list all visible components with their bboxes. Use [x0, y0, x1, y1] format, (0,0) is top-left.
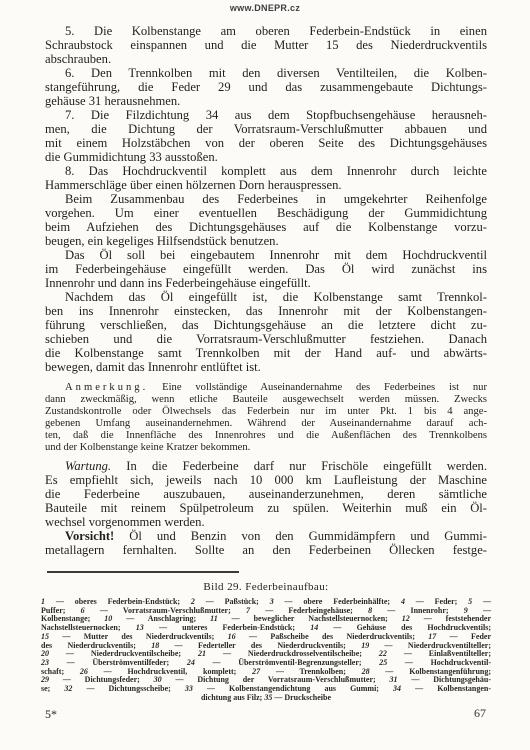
text-line: bewegen, damit das Innenrohr entlüftet i…: [45, 360, 487, 374]
text-line: schieben und die Vorratsraum-Verschlußmu…: [45, 332, 487, 346]
text-line: die Federbeine auszubauen, auseinanderzu…: [45, 487, 487, 501]
text-line: die Gummidichtung 33 ausstoßen.: [45, 150, 487, 164]
text-line: Schraubstock einspannen und die Mutter 1…: [45, 38, 487, 52]
paragraph-vorsicht: Vorsicht! Öl und Benzin von den Gummidäm…: [45, 529, 487, 557]
text-line: Das Öl soll bei eingebautem Innenrohr mi…: [45, 248, 487, 262]
page-number: 67: [474, 706, 486, 721]
text-line: abschrauben.: [45, 52, 487, 66]
site-watermark: www.DNEPR.cz: [0, 3, 530, 13]
text-line: die Kolbenstange samt Trennkolben mit de…: [45, 346, 487, 360]
text-line: 8. Das Hochdruckventil komplett aus dem …: [45, 164, 487, 178]
text-line: dann zweckmäßig, wenn etliche Bauteile a…: [45, 394, 487, 406]
text-line: wechsel vorgenommen werden.: [45, 515, 487, 529]
text-line: Vorsicht! Öl und Benzin von den Gummidäm…: [45, 529, 487, 543]
footnote-rule: [47, 571, 239, 573]
paragraph: 5. Die Kolbenstange am oberen Federbein-…: [45, 24, 487, 66]
text-line: Beim Zusammenbau des Federbeines in umge…: [45, 192, 487, 206]
text-line: ben ins Innenrohr einstecken, das Innenr…: [45, 304, 487, 318]
text-line: Es empfiehlt sich, jeweils nach 10 000 k…: [45, 473, 487, 487]
text-line: 5. Die Kolbenstange am oberen Federbein-…: [45, 24, 487, 38]
text-line: 6. Den Trennkolben mit den diversen Vent…: [45, 66, 487, 80]
text-line: Bauteile mit reinem Spülpetroleum zu spü…: [45, 501, 487, 515]
text-line: Wartung. In die Federbeine darf nur Fris…: [45, 459, 487, 473]
paragraph: 6. Den Trennkolben mit den diversen Vent…: [45, 66, 487, 108]
paragraph: Das Öl soll bei eingebautem Innenrohr mi…: [45, 248, 487, 290]
paragraph: 8. Das Hochdruckventil komplett aus dem …: [45, 164, 487, 192]
figure-title: Bild 29. Federbeinaufbau:: [41, 581, 491, 593]
text-line: Zustandskontrolle oder Ölwechsels das Fe…: [45, 406, 487, 418]
body-text: 5. Die Kolbenstange am oberen Federbein-…: [45, 24, 487, 557]
text-line: beugen, ein kegeliges Hilfsendstück benu…: [45, 234, 487, 248]
paragraph: Nachdem das Öl eingefüllt ist, die Kolbe…: [45, 290, 487, 374]
text-line: gehäuse 31 herausnehmen.: [45, 94, 487, 108]
text-line: men, die Dichtung der Vorratsraum-Versch…: [45, 122, 487, 136]
text-line: ten, daß die Innenfläche des Innenrohres…: [45, 430, 487, 442]
text-line: führung verschließen, das Dichtungsgehäu…: [45, 318, 487, 332]
signature-mark: 5*: [45, 707, 57, 722]
figure-caption: 1 — oberes Federbein-Endstück; 2 — Paßst…: [41, 598, 491, 702]
text-line: im Federbeingehäuse eingefüllt werden. D…: [45, 262, 487, 276]
text-line: gebenen Umfang auseinandernehmen. Währen…: [45, 418, 487, 430]
text-line: und der Kolbenstange keine Kratzer bekom…: [45, 442, 487, 454]
text-line: vorgehen. Um einer eventuellen Beschädig…: [45, 206, 487, 220]
text-line: Innenrohr und dann ins Federbeingehäuse …: [45, 276, 487, 290]
paragraph-anmerkung: Anmerkung. Eine vollständige Auseinander…: [45, 382, 487, 454]
text-line: mit einem Holzstäbchen von der oberen Se…: [45, 136, 487, 150]
text-line: Anmerkung. Eine vollständige Auseinander…: [45, 382, 487, 394]
paragraph-label: Wartung.: [65, 459, 111, 473]
paragraph-wartung: Wartung. In die Federbeine darf nur Fris…: [45, 459, 487, 529]
caption-line: dichtung aus Filz; 35 — Druckscheibe: [41, 694, 491, 703]
paragraph: 7. Die Filzdichtung 34 aus dem Stopfbuch…: [45, 108, 487, 164]
text-line: Nachdem das Öl eingefüllt ist, die Kolbe…: [45, 290, 487, 304]
text-line: metallagern fernhalten. Sollte an den Fe…: [45, 543, 487, 557]
text-line: Hammerschläge über einen hölzernen Dorn …: [45, 178, 487, 192]
paragraph-label: Vorsicht!: [65, 529, 114, 543]
text-line: stangeführung, die Feder 29 und das zusa…: [45, 80, 487, 94]
text-line: beim Aufziehen des Dichtungsgehäuses auf…: [45, 220, 487, 234]
figure-caption-block: Bild 29. Federbeinaufbau: 1 — oberes Fed…: [41, 581, 491, 702]
document-page: www.DNEPR.cz 5. Die Kolbenstange am ober…: [0, 0, 530, 750]
text-line: 7. Die Filzdichtung 34 aus dem Stopfbuch…: [45, 108, 487, 122]
paragraph: Beim Zusammenbau des Federbeines in umge…: [45, 192, 487, 248]
paragraph-label: Anmerkung.: [65, 382, 148, 393]
